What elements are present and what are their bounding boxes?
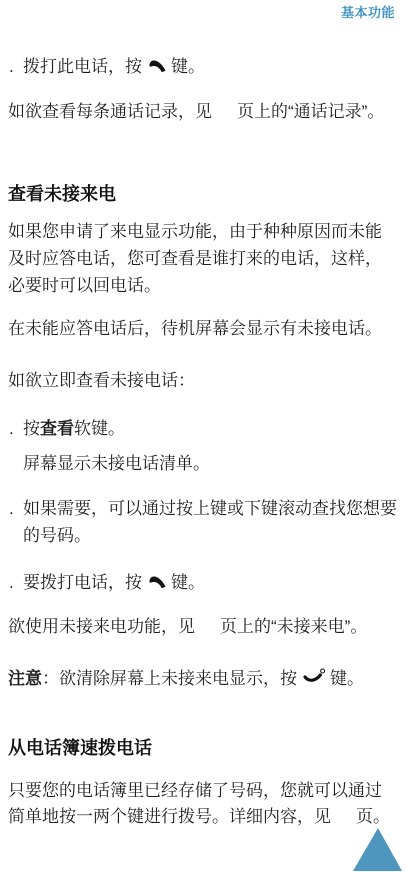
list-item-result: 屏幕显示未接电话清单。 xyxy=(23,450,395,477)
softkey-label: 查看 xyxy=(40,419,74,438)
note-separator: ： xyxy=(42,669,59,688)
paragraph-text: 如欲查看每条通话记录，见 xyxy=(8,102,212,121)
paragraph-text: 页上的“未接来电”。 xyxy=(220,617,367,636)
section-heading-missed-calls: 查看未接来电 xyxy=(8,182,116,206)
paragraph-speed-dial: 只要您的电话簿里已经存储了号码，您就可以通过简单地按一两个键进行拨号。详细内容，… xyxy=(8,778,398,830)
list-item-text: 键。 xyxy=(171,573,205,592)
list-item-text: 要拨打电话，按 xyxy=(23,573,142,592)
paragraph-missed-ref: 欲使用未接来电功能，见页上的“未接来电”。 xyxy=(8,613,398,640)
paragraph-text: 页。 xyxy=(356,807,390,826)
list-item-call: .要拨打电话，按键。 xyxy=(9,569,407,597)
list-marker: . xyxy=(9,495,14,522)
list-item-text: 如果需要，可以通过按上键或下键滚动查找您想要的号码。 xyxy=(23,499,397,545)
note-label: 注意 xyxy=(8,669,42,688)
page-corner-triangle-icon xyxy=(353,828,402,871)
paragraph-missed-intro: 如果您申请了来电显示功能，由于种种原因而未能及时应答电话，您可查看是谁打来的电话… xyxy=(8,218,398,299)
list-marker: . xyxy=(9,53,14,80)
list-item-view-softkey: .按查看软键。 xyxy=(9,415,407,442)
note-text: 键。 xyxy=(330,669,364,688)
list-item-scroll: .如果需要，可以通过按上键或下键滚动查找您想要的号码。 xyxy=(9,495,407,549)
note-text: 欲清除屏幕上未接来电显示，按 xyxy=(59,669,297,688)
section-heading-speed-dial: 从电话簿速拨电话 xyxy=(8,736,152,760)
paragraph-text: 欲使用未接来电功能，见 xyxy=(8,617,195,636)
list-item-dial: .拨打此电话，按键。 xyxy=(9,53,407,81)
note-line: 注意：欲清除屏幕上未接来电显示，按键。 xyxy=(8,665,398,693)
send-key-icon xyxy=(148,54,167,81)
list-item-text: 拨打此电话，按 xyxy=(23,57,142,76)
manual-page: 基本功能 .拨打此电话，按键。 如欲查看每条通话记录，见页上的“通话记录”。 查… xyxy=(0,0,407,872)
paragraph-missed-now: 如欲立即查看未接电话： xyxy=(8,367,398,394)
send-key-icon xyxy=(148,570,167,597)
list-item-text: 键。 xyxy=(171,57,205,76)
paragraph-text: 页上的“通话记录”。 xyxy=(237,102,384,121)
paragraph-text: 只要您的电话簿里已经存储了号码，您就可以通过简单地按一两个键进行拨号。详细内容，… xyxy=(8,781,382,826)
end-power-key-icon xyxy=(303,666,326,693)
paragraph-call-log-ref: 如欲查看每条通话记录，见页上的“通话记录”。 xyxy=(8,98,398,125)
list-item-text: 按 xyxy=(23,419,40,438)
page-header-title: 基本功能 xyxy=(341,2,395,21)
list-marker: . xyxy=(9,569,14,596)
list-marker: . xyxy=(9,415,14,442)
paragraph-missed-idle: 在未能应答电话后，待机屏幕会显示有未接电话。 xyxy=(8,315,398,342)
list-item-text: 软键。 xyxy=(74,419,125,438)
